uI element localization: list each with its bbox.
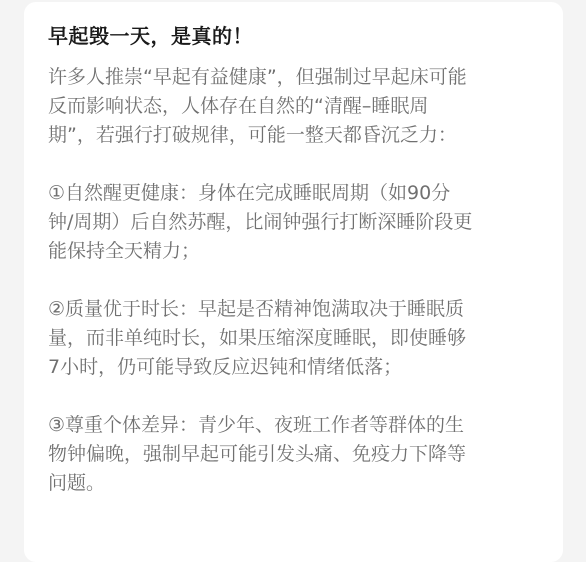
text-line: 物钟偏晚，强制早起可能引发头痛、免疫力下降等 [48,440,548,469]
point-1-paragraph: ①自然醒更健康：身体在完成睡眠周期（如90分 钟/周期）后自然苏醒，比闹钟强行打… [48,179,548,266]
text-line: 反而影响状态，人体存在自然的“清醒–睡眠周 [48,92,548,121]
text-line: 能保持全天精力； [48,237,548,266]
text-line: 钟/周期）后自然苏醒，比闹钟强行打断深睡阶段更 [48,208,548,237]
text-line: 问题。 [48,469,548,498]
intro-paragraph: 许多人推崇“早起有益健康”，但强制过早起床可能 反而影响状态，人体存在自然的“清… [48,63,548,150]
text-line: 量，而非单纯时长，如果压缩深度睡眠，即使睡够 [48,324,548,353]
point-3-paragraph: ③尊重个体差异：青少年、夜班工作者等群体的生 物钟偏晚，强制早起可能引发头痛、免… [48,411,548,498]
text-line: ①自然醒更健康：身体在完成睡眠周期（如90分 [48,179,548,208]
post-title: 早起毁一天，是真的！ [48,21,253,51]
post-card: 早起毁一天，是真的！ 许多人推崇“早起有益健康”，但强制过早起床可能 反而影响状… [24,2,563,540]
text-line: 7小时，仍可能导致反应迟钝和情绪低落； [48,353,548,382]
point-2-paragraph: ②质量优于时长：早起是否精神饱满取决于睡眠质 量，而非单纯时长，如果压缩深度睡眠… [48,295,548,382]
text-line: 期”，若强行打破规律，可能一整天都昏沉乏力： [48,121,548,150]
post-body: 许多人推崇“早起有益健康”，但强制过早起床可能 反而影响状态，人体存在自然的“清… [48,63,548,527]
text-line: ②质量优于时长：早起是否精神饱满取决于睡眠质 [48,295,548,324]
text-line: ③尊重个体差异：青少年、夜班工作者等群体的生 [48,411,548,440]
text-line: 许多人推崇“早起有益健康”，但强制过早起床可能 [48,63,548,92]
